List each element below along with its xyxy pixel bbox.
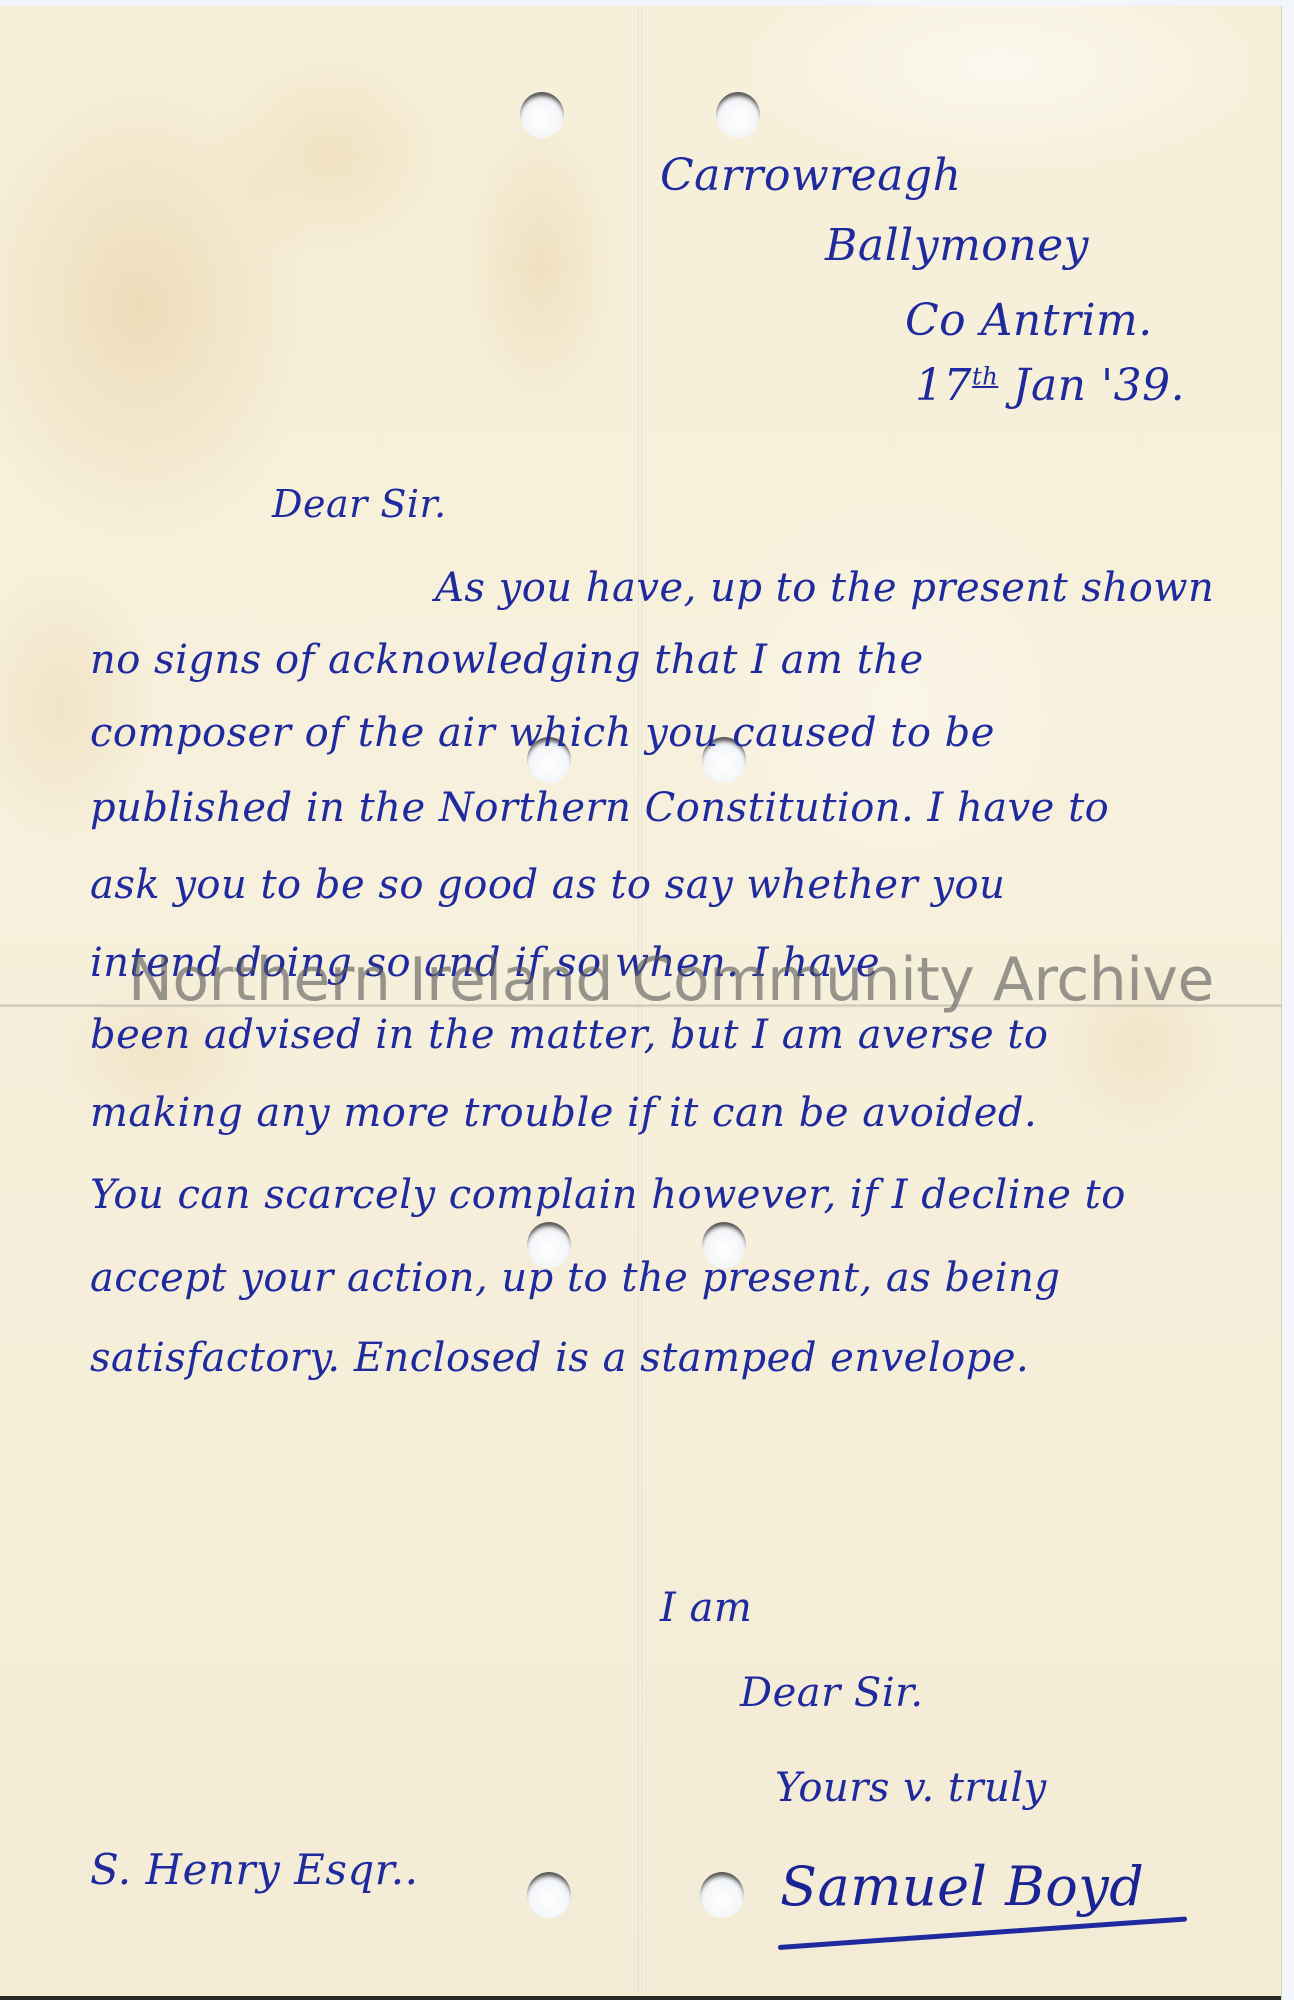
punch-hole-icon <box>716 92 760 138</box>
body-line: You can scarcely complain however, if I … <box>90 1172 1126 1218</box>
date-month-year: Jan '39. <box>998 360 1185 411</box>
punch-hole-icon <box>527 1872 571 1918</box>
body-line: accept your action, up to the present, a… <box>90 1255 1060 1301</box>
signature: Samuel Boyd <box>780 1855 1144 1918</box>
date-day: 17 <box>915 360 972 411</box>
archive-watermark: Northern Ireland Community Archive <box>128 945 1214 1015</box>
body-line: no signs of acknowledging that I am the <box>90 637 924 683</box>
closing-line-2: Dear Sir. <box>740 1670 924 1716</box>
addressee: S. Henry Esqr.. <box>90 1845 418 1894</box>
punch-hole-icon <box>700 1872 744 1918</box>
salutation: Dear Sir. <box>272 482 447 526</box>
body-line: composer of the air which you caused to … <box>90 710 995 756</box>
body-line: published in the Northern Constitution. … <box>90 785 1109 831</box>
body-line: ask you to be so good as to say whether … <box>90 862 1005 908</box>
closing-line-3: Yours v. truly <box>775 1765 1047 1811</box>
body-line: satisfactory. Enclosed is a stamped enve… <box>90 1335 1029 1381</box>
address-line-3: Co Antrim. <box>905 295 1153 346</box>
address-line-2: Ballymoney <box>825 220 1089 271</box>
date-suffix: th <box>972 362 998 390</box>
closing-line-1: I am <box>660 1585 752 1631</box>
letter-date: 17th Jan '39. <box>915 360 1185 411</box>
body-line: As you have, up to the present shown <box>435 565 1214 611</box>
body-line: been advised in the matter, but I am ave… <box>90 1012 1049 1058</box>
punch-hole-icon <box>520 92 564 138</box>
address-line-1: Carrowreagh <box>660 150 961 201</box>
body-line: making any more trouble if it can be avo… <box>90 1090 1037 1136</box>
